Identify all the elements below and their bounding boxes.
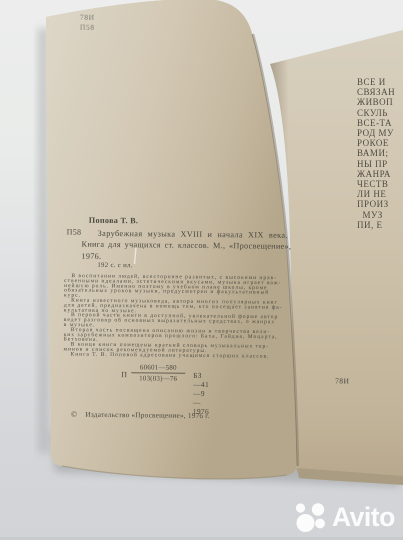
catalog-code-bottom: 103(03)—76: [131, 373, 185, 383]
text-line: ЖИВОП: [357, 97, 403, 107]
text-line: ПИ, Е: [357, 220, 403, 230]
avito-watermark: Avito: [291, 499, 395, 535]
avito-wordmark: Avito: [332, 502, 395, 533]
copyright-text: Издательство «Просвещение», 1976 г.: [85, 411, 209, 420]
catalog-code-top: 60601—580: [131, 363, 185, 374]
text-line: ВАМИ;: [357, 148, 403, 158]
book-photo: 78ИП58 Попова Т. В. П58 Зарубежная музык…: [0, 0, 403, 540]
imprint-title: Зарубежная музыка XVIII и начала XIX век…: [81, 228, 293, 264]
text-line: СКУЛЬ: [357, 108, 403, 118]
text-line: Книга Т. В. Поповой адресована учащимся …: [63, 352, 293, 359]
imprint-page-text: 78ИП58 Попова Т. В. П58 Зарубежная музык…: [0, 0, 403, 540]
text-line: ВСЕ И: [357, 77, 403, 87]
copyright-icon: ©: [71, 410, 77, 419]
text-line: 78И: [80, 13, 95, 23]
text-line: ПРОИЗ: [357, 199, 403, 209]
avito-logo-icon: [291, 499, 329, 535]
catalog-prefix: П: [121, 370, 127, 379]
library-stamp: 78ИП58: [80, 13, 95, 33]
text-line: ВСЕ-ТА: [357, 118, 403, 128]
text-line: РОКОЕ: [357, 138, 403, 148]
facing-page-text: ВСЕ ИСВЯЗАНЖИВОПСКУЛЬВСЕ-ТАРОД МУРОКОЕВА…: [357, 77, 403, 230]
pages-note: 192 с. с ил.: [97, 262, 132, 269]
annotation: В воспитании людей, всесторонне развитых…: [63, 274, 294, 360]
imprint-classmark: П58: [67, 228, 82, 237]
imprint-author: Попова Т. В.: [89, 216, 139, 226]
catalog-class-right: 78И: [335, 376, 349, 385]
text-line: П58: [80, 23, 95, 33]
text-line: СВЯЗАН: [357, 87, 403, 97]
text-line: НЫ ПР: [357, 159, 403, 169]
catalog-fraction: 60601—580 103(03)—76: [131, 363, 185, 383]
text-line: ЖАНРА: [357, 169, 403, 179]
copyright-line: ©Издательство «Просвещение», 1976 г.: [59, 401, 210, 428]
text-line: ЛИ НЕ: [357, 189, 403, 199]
text-line: ЧЕСТВ: [357, 179, 403, 189]
text-line: Книга для учащихся ст. классов. М., «Про…: [82, 239, 294, 253]
text-line: МУЗ: [357, 210, 403, 220]
text-line: РОД МУ: [357, 128, 403, 138]
